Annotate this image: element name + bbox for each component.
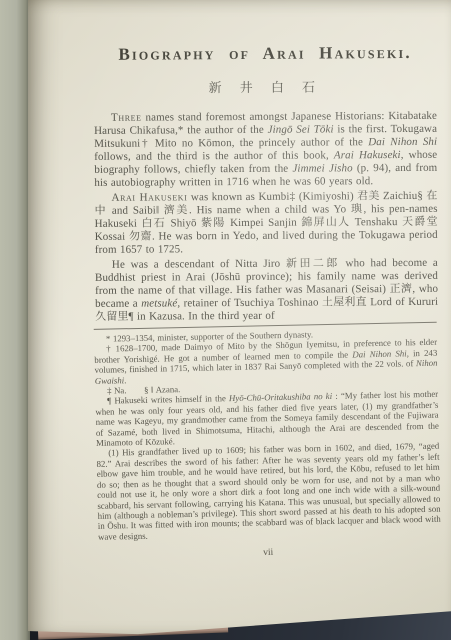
footnotes-section: * 1293–1354, minister, supporter of the … <box>94 322 441 542</box>
body-paragraph-3: He was a descendant of Nitta Jiro 新田二郎 w… <box>95 257 438 324</box>
body-paragraph-2: Arai Hakuseki was known as Kumbi‡ (Kimiy… <box>94 190 437 257</box>
page-content: Biography of Arai Hakuseki. 新 井 白 石 Thre… <box>26 0 451 559</box>
page-title: Biography of Arai Hakuseki. <box>94 43 437 65</box>
page-number: vii <box>97 544 440 562</box>
footnote-dagger: † 1628–1700, made Daimyo of Mito by the … <box>94 337 438 386</box>
book-page: Biography of Arai Hakuseki. 新 井 白 石 Thre… <box>28 0 451 638</box>
footnote-numbered: (1) His grandfather lived up to 1609; hi… <box>96 441 441 542</box>
title-kanji: 新 井 白 石 <box>94 76 437 97</box>
facing-page-edge <box>0 0 30 640</box>
book-photo: Biography of Arai Hakuseki. 新 井 白 石 Thre… <box>0 0 451 640</box>
footnote-pilcrow: ¶ Hakuseki writes himself in the Hyō-Chū… <box>95 389 439 448</box>
body-paragraph-1: Three names stand foremost amongst Japan… <box>94 110 437 190</box>
